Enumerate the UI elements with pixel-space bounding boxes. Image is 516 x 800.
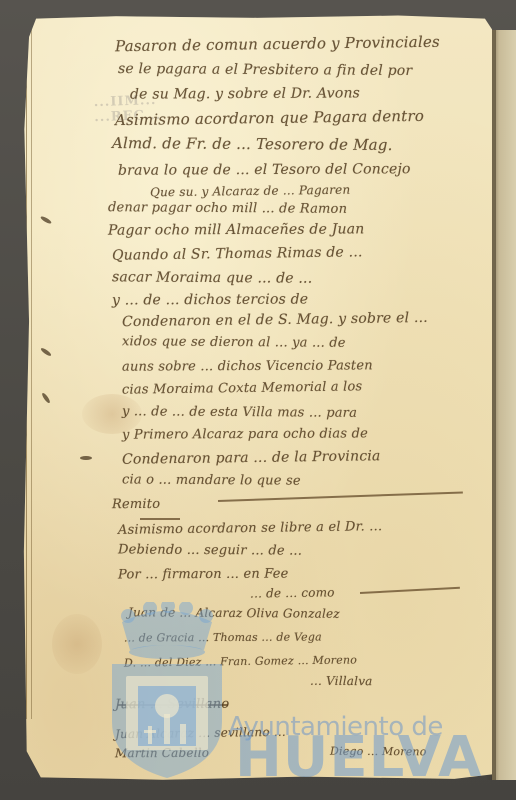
- manuscript-line: se le pagara a el Presbitero a fin del p…: [118, 61, 412, 79]
- manuscript-line: ... Villalva: [310, 674, 373, 688]
- manuscript-line: Martin Cabello: [115, 746, 209, 760]
- margin-ink-mark: [41, 392, 51, 404]
- manuscript-line: y ... de ... dichos tercios de: [112, 291, 308, 308]
- manuscript-line: Por ... firmaron ... en Fee: [118, 567, 289, 583]
- manuscript-line: Diego ... Moreno: [330, 745, 427, 759]
- handwritten-text-body: Pasaron de comun acuerdo y Provincialess…: [22, 14, 492, 782]
- manuscript-line: cias Moraima Coxta Memorial a los: [122, 379, 363, 397]
- manuscript-line: Asimismo acordaron se libre a el Dr. ...: [118, 519, 382, 538]
- margin-ink-mark: [40, 347, 52, 357]
- manuscript-line: sacar Moraima que ... de ...: [112, 269, 312, 286]
- manuscript-line: D. ... del Diez ... Fran. Gomez ... More…: [124, 653, 357, 669]
- manuscript-line: Debiendo ... seguir ... de ...: [118, 542, 302, 558]
- pen-stroke-rule: [140, 518, 180, 520]
- manuscript-line: Juan Alcaraz ... sevillano ...: [115, 725, 286, 741]
- pen-stroke-rule: [360, 587, 460, 594]
- manuscript-line: Que su. y Alcaraz de ... Pagaren: [150, 183, 351, 200]
- manuscript-line: Condenaron en el de S. Mag. y sobre el .…: [122, 310, 428, 330]
- manuscript-line: Quando al Sr. Thomas Rimas de ...: [112, 244, 363, 263]
- manuscript-line: de su Mag. y sobre el Dr. Avons: [130, 85, 360, 102]
- margin-ink-mark: [40, 215, 52, 224]
- margin-ink-mark: [80, 456, 92, 460]
- manuscript-line: auns sobre ... dichos Vicencio Pasten: [122, 358, 373, 374]
- manuscript-line: y Primero Alcaraz para ocho dias de: [122, 426, 368, 442]
- manuscript-line: Remito: [112, 497, 160, 512]
- manuscript-line: Pagar ocho mill Almaceñes de Juan: [108, 221, 365, 238]
- manuscript-line: Juan de ... Alcaraz Oliva Gonzalez: [128, 605, 340, 620]
- manuscript-line: Asimismo acordaron que Pagara dentro: [115, 107, 424, 129]
- manuscript-line: xidos que se dieron al ... ya ... de: [122, 334, 346, 351]
- manuscript-line: denar pagar ocho mill ... de Ramon: [108, 200, 347, 217]
- manuscript-line: Almd. de Fr. de ... Tesorero de Mag.: [112, 134, 393, 154]
- manuscript-line: Condenaron para ... de la Provincia: [122, 448, 381, 468]
- manuscript-page: ...IIM... ...REC... Pasaron de comun acu…: [22, 14, 492, 782]
- manuscript-line: ... de ... como: [250, 585, 335, 600]
- pen-stroke-rule: [218, 491, 463, 501]
- manuscript-line: brava lo que de ... el Tesoro del Concej…: [118, 161, 411, 179]
- manuscript-line: ... de Gracia ... Thomas ... de Vega: [124, 630, 322, 644]
- manuscript-line: y ... de ... de esta Villa mas ... para: [122, 404, 357, 421]
- manuscript-line: cia o ... mandare lo que se: [122, 472, 301, 488]
- manuscript-line: Pasaron de comun acuerdo y Provinciales: [115, 33, 440, 56]
- pen-stroke-rule: [118, 704, 228, 706]
